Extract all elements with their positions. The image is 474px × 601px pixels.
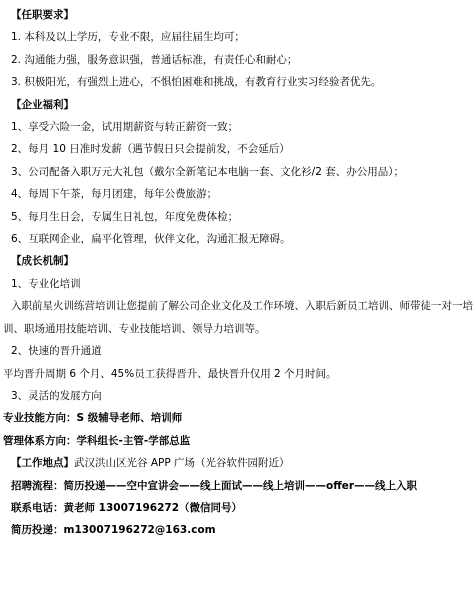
text-run: 管理体系方向：学科组长-主管-学部总监 — [3, 435, 190, 447]
text-run: 招聘流程：简历投递——空中宣讲会——线上面试——线上培训——offer——线上入… — [11, 480, 417, 492]
requirement-item-1: 1. 本科及以上学历，专业不限，应届往届生均可； — [3, 26, 474, 48]
benefit-item-5: 5、每月生日会，专属生日礼包，年度免费体检； — [3, 206, 474, 228]
text-run: 联系电话：黄老师 13007196272（微信同号） — [11, 502, 242, 514]
benefit-item-3: 3、公司配备入职万元大礼包（戴尔全新笔记本电脑一套、文化衫/2 套、办公用品）； — [3, 161, 474, 183]
growth-item-3-title: 3、灵活的发展方向 — [3, 385, 474, 407]
text-run: 2. 沟通能力强，服务意识强，普通话标准，有责任心和耐心； — [11, 54, 297, 66]
benefit-item-2: 2、每月 10 日准时发薪（遇节假日只会提前发，不会延后） — [3, 138, 474, 160]
requirement-item-2: 2. 沟通能力强，服务意识强，普通话标准，有责任心和耐心； — [3, 49, 474, 71]
growth-item-1-detail: 入职前星火训练营培训让您提前了解公司企业文化及工作环境、入职后新员工培训、师带徒… — [3, 295, 474, 340]
text-run: 6、互联网企业，扁平化管理，伙伴文化，沟通汇报无障碍。 — [11, 233, 291, 245]
growth-item-2-title: 2、快速的晋升通道 — [3, 340, 474, 362]
benefit-item-4: 4、每周下午茶，每月团建，每年公费旅游； — [3, 183, 474, 205]
text-run: 1、专业化培训 — [11, 278, 81, 290]
benefit-item-6: 6、互联网企业，扁平化管理，伙伴文化，沟通汇报无障碍。 — [3, 228, 474, 250]
contact-phone-line: 联系电话：黄老师 13007196272（微信同号） — [3, 497, 474, 519]
requirement-item-3: 3. 积极阳光，有强烈上进心，不惧怕困难和挑战，有教育行业实习经验者优先。 — [3, 71, 474, 93]
growth-item-1-title: 1、专业化培训 — [3, 273, 474, 295]
heading-company-benefits: 【企业福利】 — [3, 94, 474, 116]
recruiting-process-line: 招聘流程：简历投递——空中宣讲会——线上面试——线上培训——offer——线上入… — [3, 475, 474, 497]
text-run: 简历投递：m13007196272@163.com — [11, 524, 216, 536]
growth-item-2-detail: 平均晋升周期 6 个月、45%员工获得晋升、最快晋升仅用 2 个月时间。 — [3, 363, 474, 385]
work-location-line: 【工作地点】武汉洪山区光谷 APP 广场（光谷软件园附近） — [3, 452, 474, 474]
text-run: 2、快速的晋升通道 — [11, 345, 102, 357]
text-run: 【企业福利】 — [11, 99, 74, 111]
growth-management-direction: 管理体系方向：学科组长-主管-学部总监 — [3, 430, 474, 452]
text-run: 3. 积极阳光，有强烈上进心，不惧怕困难和挑战，有教育行业实习经验者优先。 — [11, 76, 381, 88]
benefit-item-1: 1、享受六险一金，试用期薪资与转正薪资一致； — [3, 116, 474, 138]
document: 【任职要求】1. 本科及以上学历，专业不限，应届往届生均可；2. 沟通能力强，服… — [0, 0, 474, 601]
text-run: 1. 本科及以上学历，专业不限，应届往届生均可； — [11, 31, 245, 43]
resume-email-line: 简历投递：m13007196272@163.com — [3, 519, 474, 541]
text-run: 4、每周下午茶，每月团建，每年公费旅游； — [11, 188, 217, 200]
text-run: 1、享受六险一金，试用期薪资与转正薪资一致； — [11, 121, 238, 133]
text-run: 2、每月 10 日准时发薪（遇节假日只会提前发，不会延后） — [11, 143, 290, 155]
text-run: 【工作地点】 — [11, 457, 74, 469]
heading-job-requirements: 【任职要求】 — [3, 4, 474, 26]
text-run: 专业技能方向：S 级辅导老师、培训师 — [3, 412, 182, 424]
text-run: 平均晋升周期 6 个月、45%员工获得晋升、最快晋升仅用 2 个月时间。 — [3, 368, 337, 380]
text-run: 武汉洪山区光谷 APP 广场（光谷软件园附近） — [74, 457, 290, 469]
text-run: 入职前星火训练营培训让您提前了解公司企业文化及工作环境、入职后新员工培训、师带徒… — [3, 300, 473, 334]
text-run: 3、公司配备入职万元大礼包（戴尔全新笔记本电脑一套、文化衫/2 套、办公用品）； — [11, 166, 404, 178]
text-run: 【成长机制】 — [11, 255, 74, 267]
heading-growth-mechanism: 【成长机制】 — [3, 250, 474, 272]
growth-skill-direction: 专业技能方向：S 级辅导老师、培训师 — [3, 407, 474, 429]
text-run: 3、灵活的发展方向 — [11, 390, 102, 402]
text-run: 【任职要求】 — [11, 9, 74, 21]
text-run: 5、每月生日会，专属生日礼包，年度免费体检； — [11, 211, 238, 223]
